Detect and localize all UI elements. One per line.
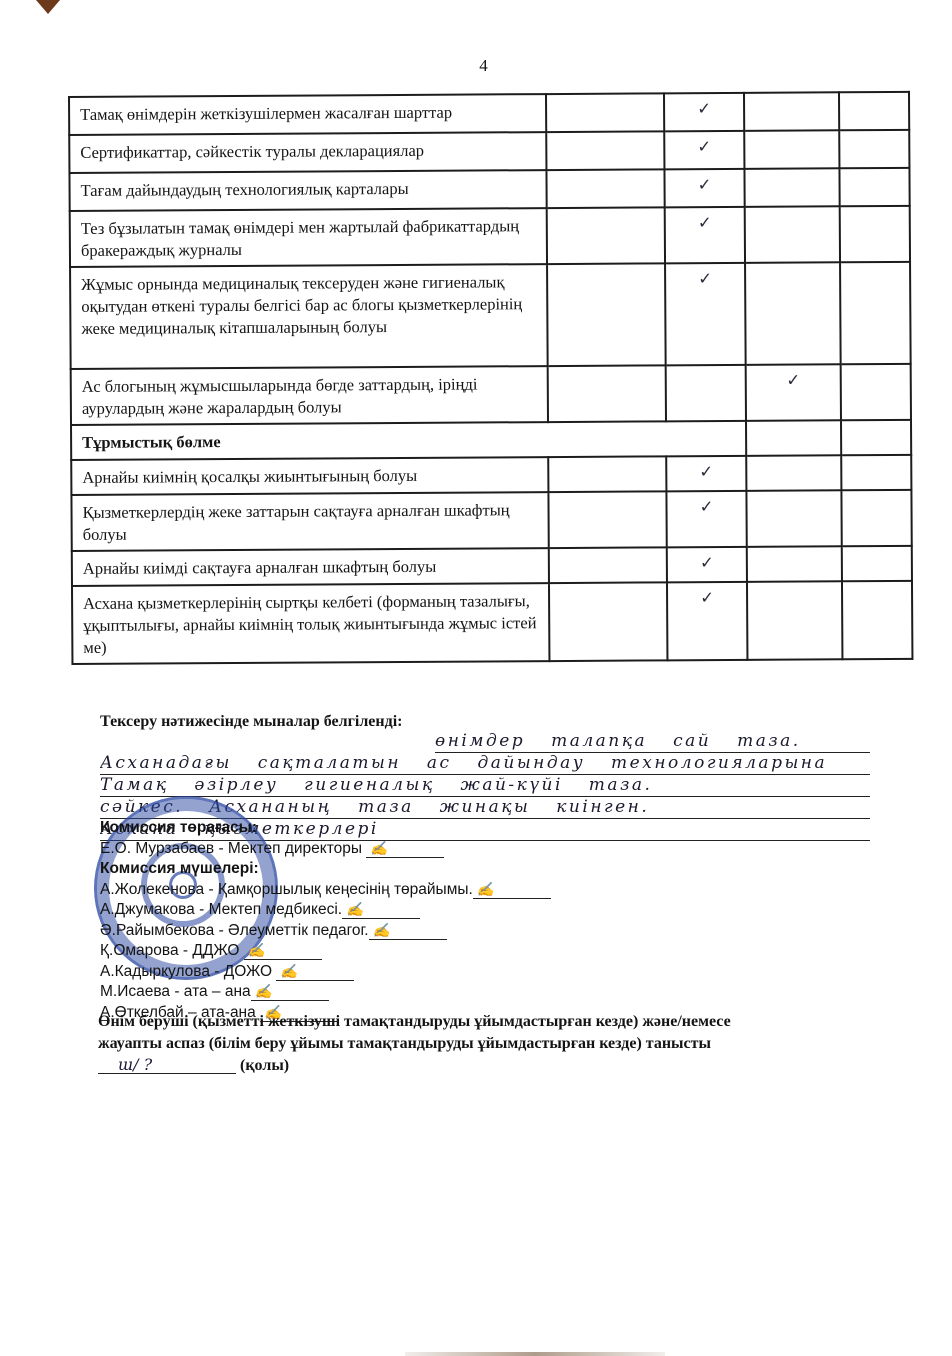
checklist-item-label: Арнайы киімнің қосалқы жиынтығының болуы (71, 457, 548, 495)
empty-mark-cell (745, 262, 841, 365)
signature-field: ✍ (342, 903, 420, 919)
checkmark-icon: ✓ (664, 131, 744, 169)
members-heading: Комиссия мүшелері: (100, 859, 820, 880)
chair-heading: Комиссия төрағасы: (100, 818, 820, 839)
member-role: - ДДЖО (179, 942, 244, 959)
supplier-acknowledgement: Өнім беруші (қызметті жеткізуші тамақтан… (98, 1011, 858, 1077)
checklist-item-label: Арнайы киімді сақтауға арналған шкафтың … (72, 548, 549, 586)
checklist-item-label: Сертификаттар, сәйкестік туралы декларац… (69, 132, 546, 173)
empty-mark-cell (548, 491, 666, 548)
empty-mark-cell (747, 581, 842, 660)
empty-mark-cell (548, 456, 666, 492)
supplier-signature-field: ɯ/ ? (98, 1056, 236, 1074)
member-role: - ДОЖО (210, 963, 276, 980)
empty-mark-cell (744, 130, 839, 169)
checkmark-icon: ✓ (665, 207, 745, 263)
member-name: Қ.Омарова (100, 942, 179, 959)
signature-label: (қолы) (236, 1057, 289, 1074)
table-row: Арнайы киімнің қосалқы жиынтығының болуы… (71, 455, 911, 495)
member-line: А.Кадыркулова - ДОЖО ✍ (100, 962, 820, 983)
checkmark-icon: ✓ (665, 263, 746, 365)
member-role: - ата – ана (170, 983, 251, 1000)
supplier-line-1: Өнім беруші (қызметті жеткізуші тамақтан… (98, 1011, 858, 1033)
member-name: А.Кадыркулова (100, 963, 210, 980)
members-list: А.Жолекенова - Қамқоршылық кеңесінің төр… (100, 880, 820, 1024)
empty-mark-cell (841, 455, 911, 490)
empty-mark-cell (839, 168, 909, 206)
table-row: Арнайы киімді сақтауға арналған шкафтың … (72, 546, 912, 586)
signature-field: ✍ (276, 965, 354, 981)
empty-mark-cell (842, 581, 912, 659)
signature-field: ✍ (251, 985, 329, 1001)
empty-mark-cell (746, 490, 841, 547)
member-line: М.Исаева - ата – ана✍ (100, 982, 820, 1003)
checkmark-icon: ✓ (666, 491, 746, 547)
handwritten-line: Тамақ әзірлеу гигиеналық жай-күйі таза. (100, 775, 870, 797)
page-number: 4 (0, 56, 952, 76)
checkmark-icon: ✓ (667, 547, 747, 582)
empty-mark-cell (549, 547, 667, 583)
section-title: Тұрмыстық бөлме (71, 421, 746, 460)
empty-mark-cell (744, 168, 839, 207)
empty-mark-cell (746, 455, 841, 491)
chair-line: Е.О. Мурзабаев - Мектеп директоры ✍ (100, 839, 820, 860)
checkmark-icon: ✓ (666, 456, 746, 491)
checklist-item-label: Тағам дайындаудың технологиялық карталар… (69, 170, 546, 211)
empty-mark-cell (745, 206, 840, 263)
empty-mark-cell (841, 490, 911, 546)
table-row: Тағам дайындаудың технологиялық карталар… (69, 168, 909, 211)
table-row: Асхана қызметкерлерінің сыртқы келбеті (… (72, 581, 912, 664)
handwritten-line: өнімдер талапқа сай таза. (435, 731, 870, 753)
signature-field: ✍ (366, 842, 444, 858)
empty-mark-cell (744, 92, 839, 131)
empty-mark-cell (546, 169, 664, 208)
empty-mark-cell (839, 92, 909, 130)
member-role: - Әлеуметтік педагог. (214, 922, 368, 939)
empty-mark-cell (841, 364, 911, 420)
handwritten-line: Асханадағы сақталатын ас дайындау технол… (100, 753, 870, 775)
empty-mark-cell (842, 546, 912, 581)
table-row: Тамақ өнімдерін жеткізушілермен жасалған… (69, 92, 909, 135)
checklist-item-label: Қызметкерлердің жеке заттарын сақтауға а… (71, 492, 548, 551)
signature-field: ✍ (473, 883, 551, 899)
member-name: М.Исаева (100, 983, 170, 1000)
empty-mark-cell (549, 582, 667, 661)
empty-mark-cell (548, 365, 666, 422)
table-row: Жұмыс орнында медициналық тексеруден жән… (70, 262, 911, 369)
table-row: Ас блогының жұмысшыларында бөгде заттард… (71, 364, 911, 425)
empty-mark-cell (546, 131, 664, 170)
page-corner-fold (36, 0, 60, 14)
member-name: Ә.Райымбекова (100, 922, 214, 939)
signature-field: ✍ (244, 944, 322, 960)
handwritten-line: сәйкес. Асхананың таза жинақы киінген. (100, 797, 870, 819)
empty-mark-cell (840, 262, 911, 364)
chair-name: Е.О. Мурзабаев (100, 840, 214, 857)
member-line: Ә.Райымбекова - Әлеуметтік педагог.✍ (100, 921, 820, 942)
supplier-signature-line: ɯ/ ? (қолы) (98, 1055, 858, 1077)
table-cell (746, 420, 841, 456)
table-row: Тез бұзылатын тамақ өнімдері мен жартыла… (70, 206, 910, 267)
empty-mark-cell (839, 130, 909, 168)
signature-field: ✍ (369, 924, 447, 940)
commission-signatures: Комиссия төрағасы: Е.О. Мурзабаев - Мект… (100, 818, 820, 1023)
checklist-item-label: Тамақ өнімдерін жеткізушілермен жасалған… (69, 94, 546, 135)
checkmark-icon: ✓ (664, 93, 744, 131)
inspection-checklist-table: Тамақ өнімдерін жеткізушілермен жасалған… (68, 91, 913, 665)
empty-mark-cell (547, 207, 665, 264)
member-line: А.Джумакова - Мектеп медбикесі.✍ (100, 900, 820, 921)
empty-mark-cell (840, 206, 910, 262)
checkmark-icon: ✓ (664, 169, 744, 207)
member-name: А.Жолекенова (100, 881, 204, 898)
member-name: А.Джумакова (100, 901, 195, 918)
chair-role: - Мектеп директоры (214, 840, 366, 857)
member-line: А.Жолекенова - Қамқоршылық кеңесінің төр… (100, 880, 820, 901)
empty-mark-cell (546, 93, 664, 132)
member-role: - Қамқоршылық кеңесінің төрайымы. (204, 881, 473, 898)
checklist-item-label: Асхана қызметкерлерінің сыртқы келбеті (… (72, 583, 549, 664)
empty-mark-cell (666, 365, 746, 421)
table-row: Қызметкерлердің жеке заттарын сақтауға а… (71, 490, 911, 551)
member-role: - Мектеп медбикесі. (195, 901, 342, 918)
table-cell (841, 420, 911, 455)
checklist-item-label: Ас блогының жұмысшыларында бөгде заттард… (71, 366, 548, 425)
table-row: Сертификаттар, сәйкестік туралы декларац… (69, 130, 909, 173)
checklist-item-label: Тез бұзылатын тамақ өнімдері мен жартыла… (70, 208, 547, 267)
checkmark-icon: ✓ (746, 364, 841, 421)
section-header-row: Тұрмыстық бөлме (71, 420, 911, 460)
empty-mark-cell (747, 546, 842, 582)
checklist-item-label: Жұмыс орнында медициналық тексеруден жән… (70, 264, 548, 369)
findings-title: Тексеру нәтижесінде мыналар белгіленді: (100, 712, 870, 731)
member-line: Қ.Омарова - ДДЖО ✍ (100, 941, 820, 962)
empty-mark-cell (547, 263, 666, 366)
checkmark-icon: ✓ (667, 582, 747, 660)
supplier-line-2: жауапты аспаз (білім беру ұйымы тамақтан… (98, 1033, 858, 1055)
page-edge-shadow (405, 1352, 665, 1356)
